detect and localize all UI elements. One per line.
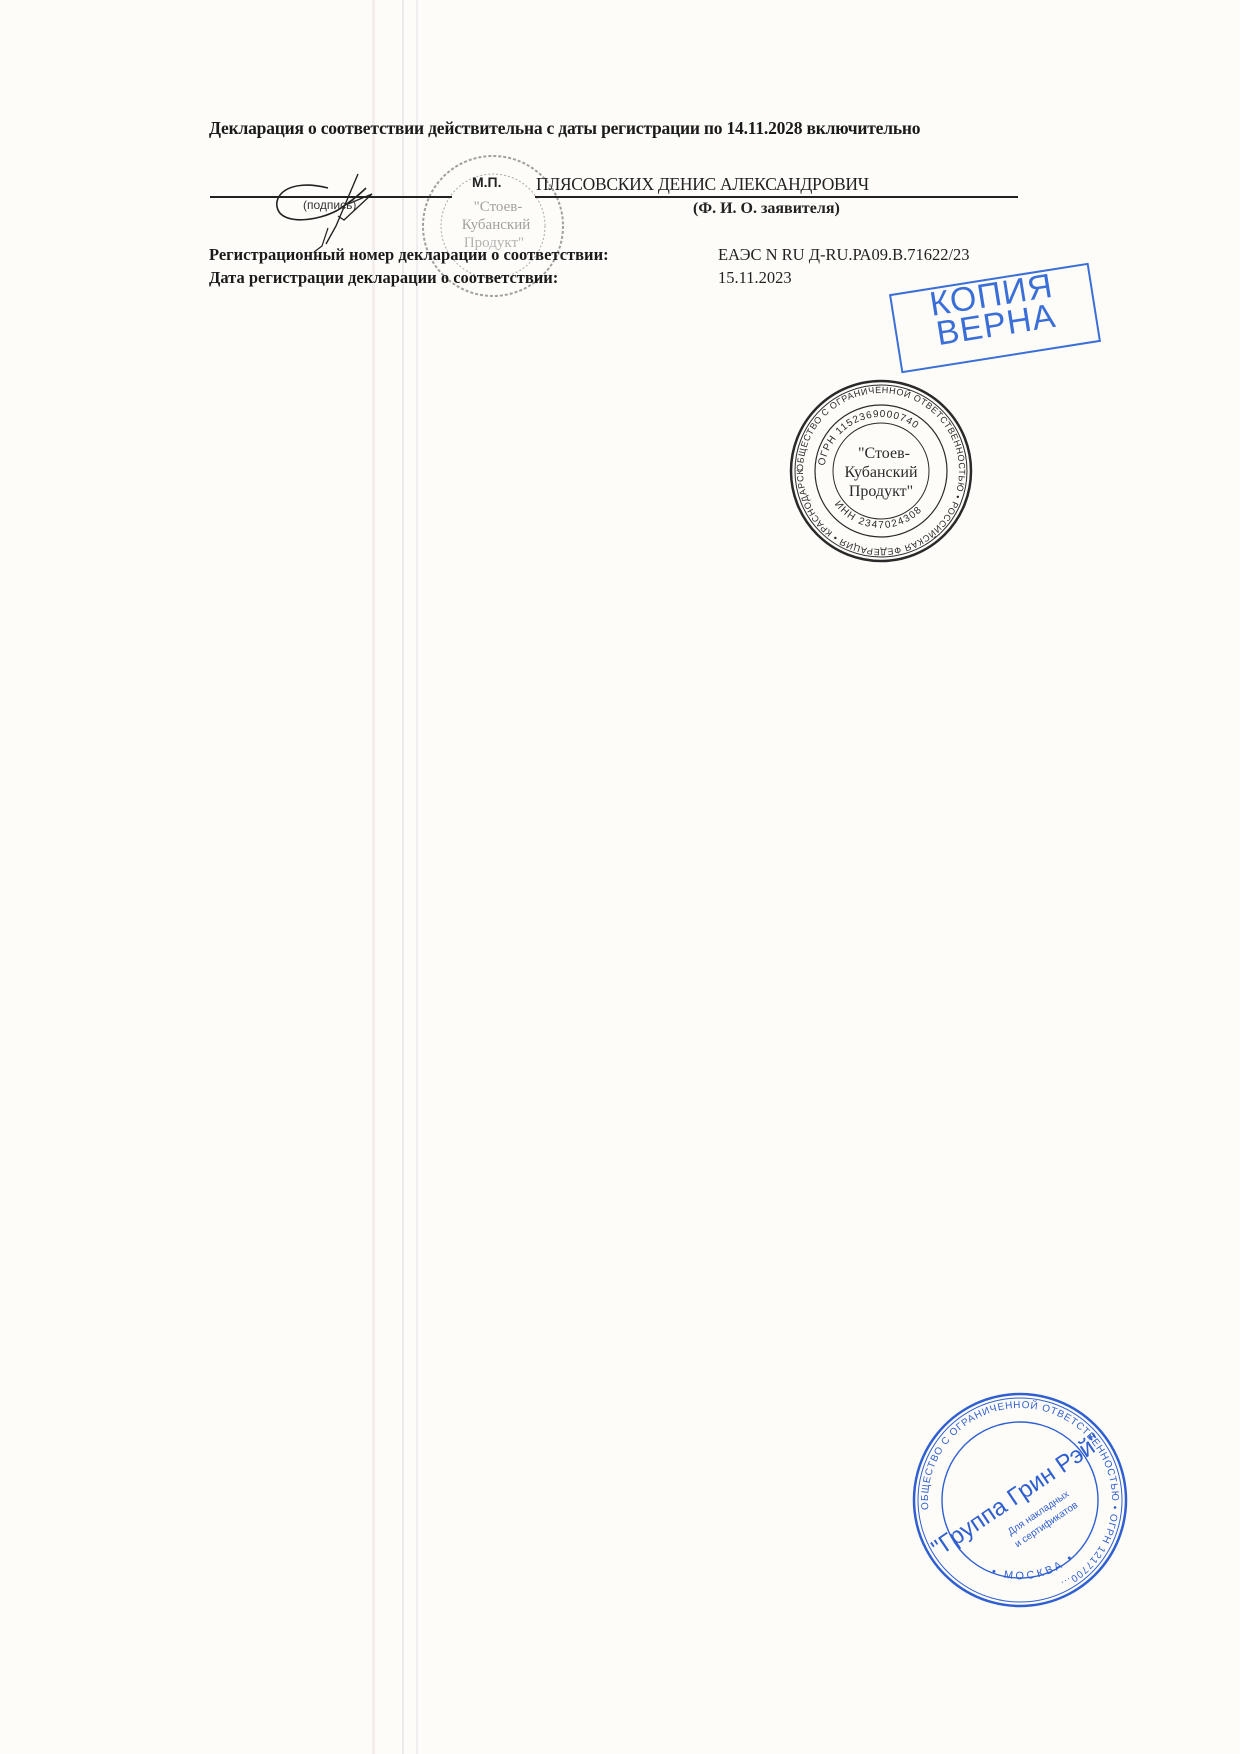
registration-number-value: ЕАЭС N RU Д-RU.РА09.В.71622/23	[718, 245, 970, 265]
applicant-caption: (Ф. И. О. заявителя)	[693, 200, 840, 218]
signature-caption: (подпись)	[303, 198, 356, 212]
svg-text:Кубанский: Кубанский	[844, 464, 918, 481]
svg-text:"Стоев-: "Стоев-	[858, 445, 910, 462]
name-line	[535, 196, 705, 198]
svg-text:Продукт": Продукт"	[849, 483, 913, 500]
registration-date-label: Дата регистрации декларации о соответств…	[209, 268, 558, 288]
registration-number-label: Регистрационный номер декларации о соотв…	[209, 245, 609, 265]
registration-date-value: 15.11.2023	[718, 268, 792, 288]
green-ray-seal: ОБЩЕСТВО С ОГРАНИЧЕННОЙ ОТВЕТСТВЕННОСТЬЮ…	[899, 1379, 1141, 1621]
company-seal: ОБЩЕСТВО С ОГРАНИЧЕННОЙ ОТВЕТСТВЕННОСТЬЮ…	[788, 378, 974, 564]
name-line	[700, 196, 1018, 198]
applicant-name: ПЛЯСОВСКИХ ДЕНИС АЛЕКСАНДРОВИЧ	[536, 174, 869, 195]
copy-certified-stamp: КОПИЯ ВЕРНА	[889, 263, 1101, 374]
svg-text:"Стоев-: "Стоев-	[474, 199, 523, 215]
svg-text:Кубанский: Кубанский	[462, 217, 531, 233]
validity-statement: Декларация о соответствии действительна …	[209, 118, 920, 139]
seal-place-label: М.П.	[472, 174, 502, 190]
